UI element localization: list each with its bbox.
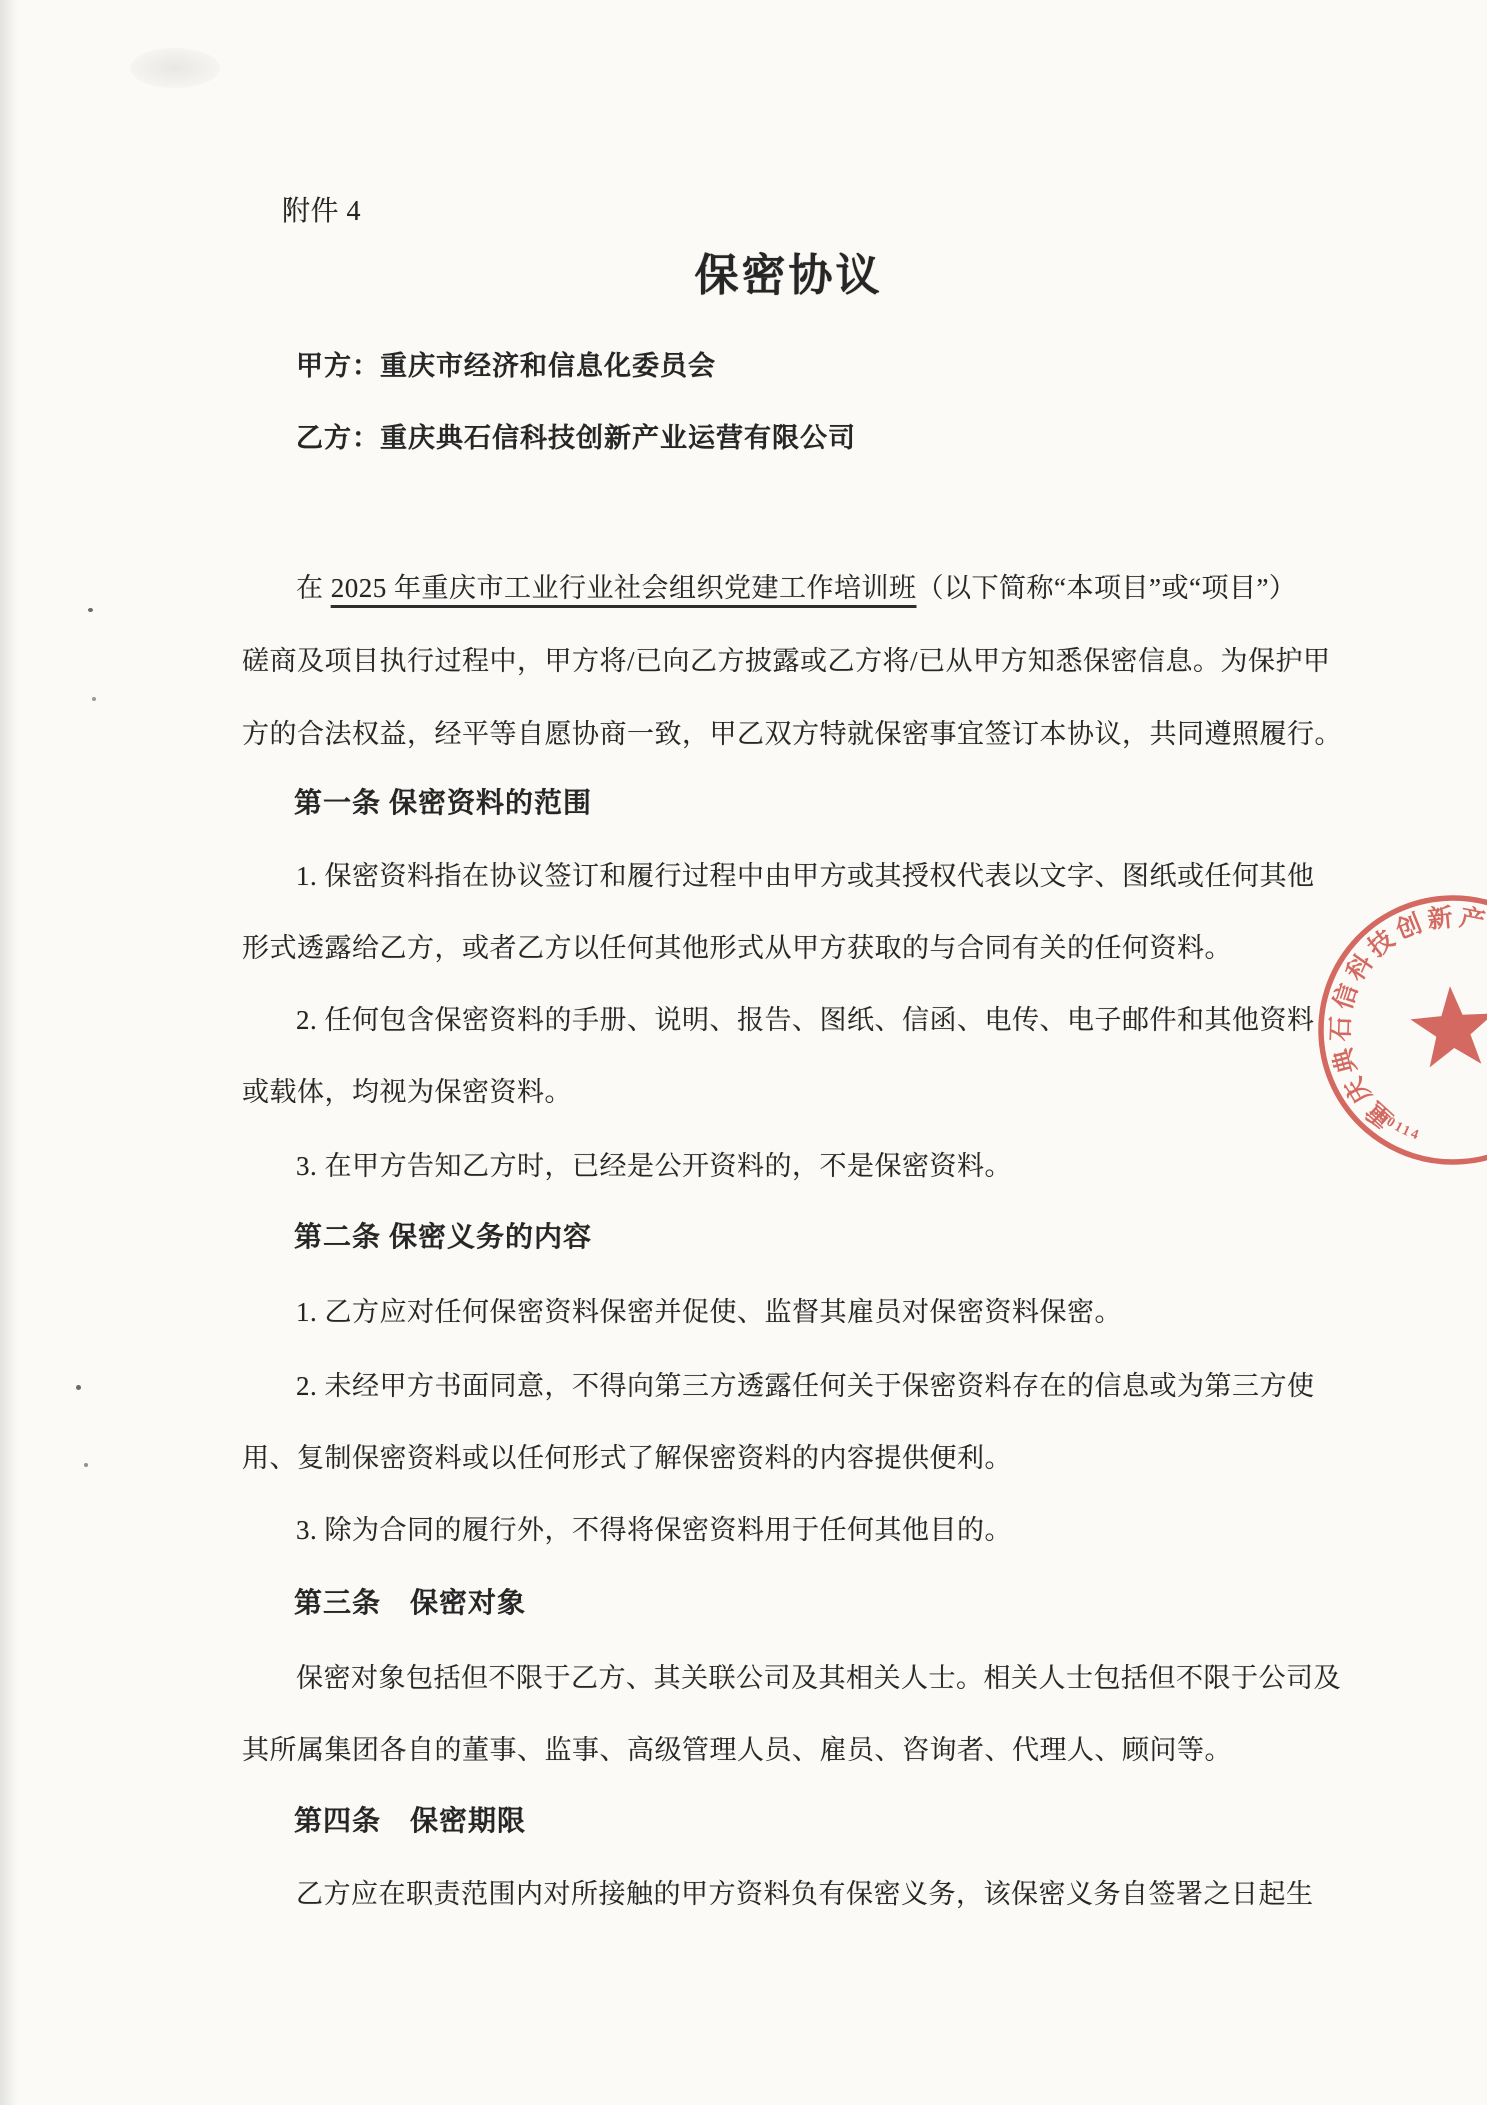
article-2-item-2-line-1: 2. 未经甲方书面同意，不得向第三方透露任何关于保密资料存在的信息或为第三方使 [296,1368,1315,1404]
article-2-item-2-line-2: 用、复制保密资料或以任何形式了解保密资料的内容提供便利。 [242,1440,1012,1476]
intro-line-1: 在 2025 年重庆市工业行业社会组织党建工作培训班（以下简称“本项目”或“项目… [296,570,1296,606]
article-3-line-2: 其所属集团各自的董事、监事、高级管理人员、雇员、咨询者、代理人、顾问等。 [242,1732,1232,1768]
intro-line-3: 方的合法权益，经平等自愿协商一致，甲乙双方特就保密事宜签订本协议，共同遵照履行。 [242,716,1342,752]
article-4-line-1: 乙方应在职责范围内对所接触的甲方资料负有保密义务，该保密义务自签署之日起生 [296,1876,1314,1912]
scan-smudge [130,48,220,88]
scanned-document-page: 附件 4 保密协议 甲方：重庆市经济和信息化委员会 乙方：重庆典石信科技创新产业… [0,0,1487,2105]
scan-speck [88,608,93,612]
article-1-item-2-line-2: 或载体，均视为保密资料。 [242,1074,572,1110]
company-seal-stamp: 重庆典石信科技创新产业运营有限公司 500114 [1293,870,1487,1190]
document-title: 保密协议 [45,258,1487,294]
article-1-item-1-line-1: 1. 保密资料指在协议签订和履行过程中由甲方或其授权代表以文字、图纸或任何其他 [296,858,1315,894]
party-b-line: 乙方：重庆典石信科技创新产业运营有限公司 [296,420,856,456]
attachment-label: 附件 4 [282,194,361,230]
intro-line-1-post: （以下简称“本项目”或“项目”） [917,573,1297,603]
article-1-heading: 第一条 保密资料的范围 [294,786,592,822]
scan-speck [84,1463,88,1467]
article-2-item-1: 1. 乙方应对任何保密资料保密并促使、监督其雇员对保密资料保密。 [296,1294,1122,1330]
article-1-item-3: 3. 在甲方告知乙方时，已经是公开资料的，不是保密资料。 [296,1148,1012,1184]
article-3-heading: 第三条 保密对象 [294,1586,526,1622]
article-4-heading: 第四条 保密期限 [294,1804,526,1840]
article-3-line-1: 保密对象包括但不限于乙方、其关联公司及其相关人士。相关人士包括但不限于公司及 [296,1660,1341,1696]
intro-line-1-underlined: 2025 年重庆市工业行业社会组织党建工作培训班 [331,573,917,603]
article-2-item-3: 3. 除为合同的履行外，不得将保密资料用于任何其他目的。 [296,1512,1012,1548]
scan-speck [92,697,96,701]
party-a-line: 甲方：重庆市经济和信息化委员会 [296,348,716,384]
scan-edge-shadow [0,0,18,2105]
intro-line-2: 磋商及项目执行过程中，甲方将/已向乙方披露或乙方将/已从甲方知悉保密信息。为保护… [242,643,1331,679]
article-2-heading: 第二条 保密义务的内容 [294,1220,592,1256]
article-1-item-2-line-1: 2. 任何包含保密资料的手册、说明、报告、图纸、信函、电传、电子邮件和其他资料 [296,1002,1315,1038]
star-icon [1408,983,1487,1068]
intro-line-1-pre: 在 [296,573,331,603]
article-1-item-1-line-2: 形式透露给乙方，或者乙方以任何其他形式从甲方获取的与合同有关的任何资料。 [242,930,1232,966]
scan-speck [76,1385,81,1390]
